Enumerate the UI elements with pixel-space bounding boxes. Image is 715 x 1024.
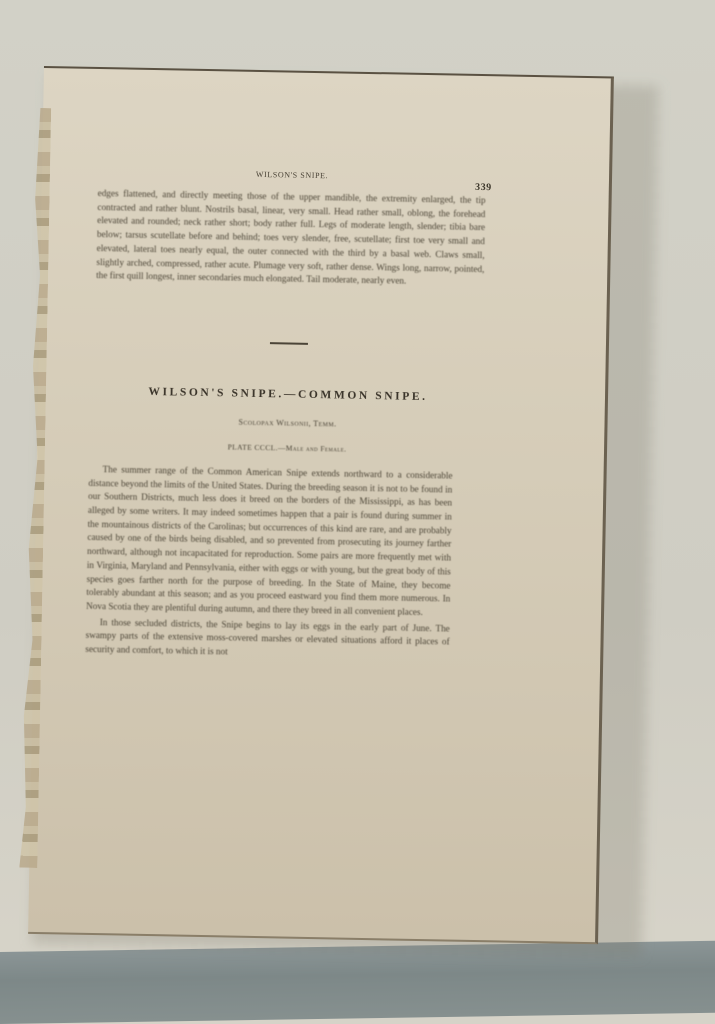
plate-reference: PLATE CCCL.—Male and Female.: [93, 440, 481, 456]
torn-binding-edge: [19, 108, 51, 868]
continuation-paragraph: edges flattened, and directly meeting th…: [96, 187, 486, 290]
running-head-text: WILSON'S SNIPE.: [256, 170, 328, 180]
page-number: 339: [475, 182, 492, 193]
book-page: WILSON'S SNIPE. 339 edges flattened, and…: [28, 66, 614, 944]
body-paragraph: In those secluded districts, the Snipe b…: [85, 616, 450, 664]
section-title: WILSON'S SNIPE.—COMMON SNIPE.: [94, 385, 482, 404]
section-body: The summer range of the Common American …: [85, 463, 452, 663]
page-content: WILSON'S SNIPE. 339 edges flattened, and…: [89, 167, 486, 664]
body-paragraph: The summer range of the Common American …: [86, 463, 453, 620]
section-divider-rule: [270, 342, 308, 345]
scientific-name: Scolopax Wilsonii, Temm.: [93, 415, 481, 431]
running-head: WILSON'S SNIPE. 339: [98, 167, 486, 186]
